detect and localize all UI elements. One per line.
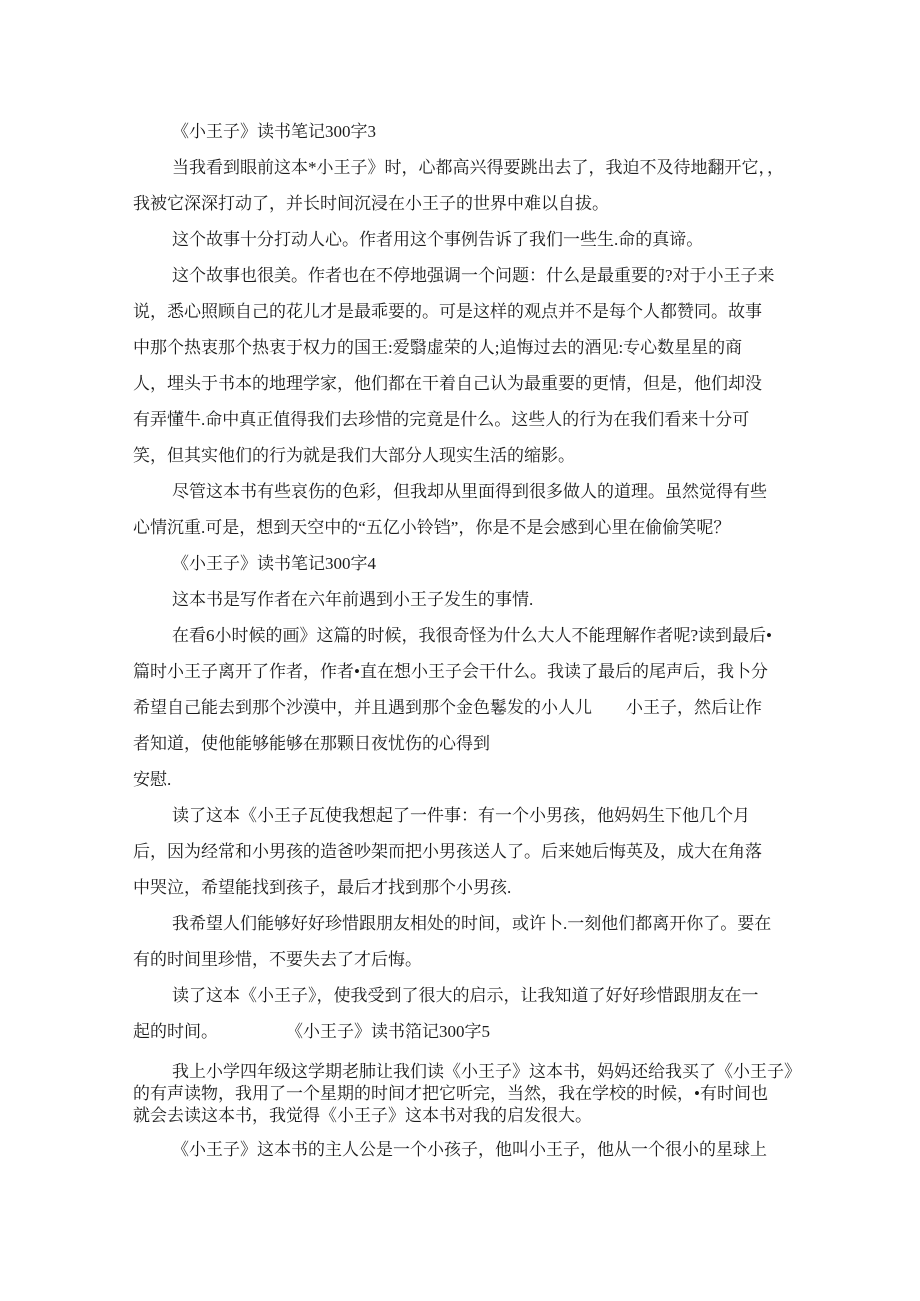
text-line: 者知道，使他能够能够在那颗日夜忧伤的心得到 <box>133 726 795 762</box>
text-line: 在看6小时候的画》这篇的时候，我很奇怪为什么大人不能理解作者呢?读到最后• <box>133 618 795 654</box>
text-line: 这个故事也很美。作者也在不停地强调一个问题：什么是最重要的?对于小王子来 <box>133 258 795 294</box>
paragraph: 当我看到眼前这本*小王子》时，心都高兴得要跳出去了，我迫不及待地翻开它，，我被它… <box>133 150 795 222</box>
text-line: 希望自己能去到那个沙漠中，并且遇到那个金色鬈发的小人儿 小王子，然后让作 <box>133 690 795 726</box>
document-page: 《小王子》读书笔记300字3当我看到眼前这本*小王子》时，心都高兴得要跳出去了，… <box>0 0 920 1301</box>
text-line: 安慰. <box>133 762 795 798</box>
text-line: 读了这本《小王子》，使我受到了很大的启示，让我知道了好好珍惜跟朋友在一 <box>133 978 795 1014</box>
section-title: 《小王子》读书笔记300字3 <box>133 114 795 150</box>
paragraph: 这个故事也很美。作者也在不停地强调一个问题：什么是最重要的?对于小王子来说，悉心… <box>133 258 795 474</box>
text-line: 读了这本《小王子瓦使我想起了一件事：有一个小男孩，他妈妈生下他几个月 <box>133 798 795 834</box>
text-line: 后，因为经常和小男孩的造爸吵架而把小男孩送人了。后来她后悔英及，成大在角落 <box>133 834 795 870</box>
text-line: 我希望人们能够好好珍惜跟朋友相处的时间，或许卜.一刻他们都离开你了。要在 <box>133 906 795 942</box>
text-line: 的有声读物，我用了一个星期的时间才把它听完，当然，我在学校的时候，•有时间也 <box>133 1083 795 1105</box>
paragraph: 读了这本《小王子瓦使我想起了一件事：有一个小男孩，他妈妈生下他几个月后，因为经常… <box>133 798 795 906</box>
text-line: 我上小学四年级这学期老肺让我们读《小王子》这本书，妈妈还给我买了《小王子》 <box>133 1061 795 1083</box>
text-line: 篇时小王子离开了作者，作者•直在想小王子会干什么。我读了最后的尾声后，我卜分 <box>133 654 795 690</box>
text-line: 当我看到眼前这本*小王子》时，心都高兴得要跳出去了，我迫不及待地翻开它，， <box>133 150 795 186</box>
section-title: 《小王子》读书笔记300字4 <box>133 546 795 582</box>
text-line: 中哭泣，希望能找到孩子，最后才找到那个小男孩. <box>133 870 795 906</box>
text-line: 有的时间里珍惜，不要失去了才后悔。 <box>133 942 795 978</box>
text-line: 尽管这本书有些哀伤的色彩，但我却从里面得到很多做人的道理。虽然觉得有些 <box>133 474 795 510</box>
text-line: 人，埋头于书本的地理学家，他们都在干着自己认为最重要的更情，但是，他们却没 <box>133 366 795 402</box>
text-line: 心情沉重.可是，想到天空中的“五亿小铃铛”，你是不是会感到心里在偷偷笑呢？ <box>133 510 795 546</box>
text-line: 中那个热衷那个热衷于权力的国王:爱翳虚荣的人;追悔过去的酒见:专心数星星的商 <box>133 330 795 366</box>
paragraph: 我希望人们能够好好珍惜跟朋友相处的时间，或许卜.一刻他们都离开你了。要在有的时间… <box>133 906 795 978</box>
text-line: 有弄懂牛.命中真正值得我们去珍惜的完竟是什么。这些人的行为在我们看来十分可 <box>133 402 795 438</box>
paragraph: 这本书是写作者在六年前遇到小王子发生的事情. <box>133 582 795 618</box>
paragraph: 读了这本《小王子》，使我受到了很大的启示，让我知道了好好珍惜跟朋友在一起的时间。… <box>133 978 795 1050</box>
paragraph: 我上小学四年级这学期老肺让我们读《小王子》这本书，妈妈还给我买了《小王子》的有声… <box>133 1061 795 1127</box>
paragraph: 在看6小时候的画》这篇的时候，我很奇怪为什么大人不能理解作者呢?读到最后•篇时小… <box>133 618 795 798</box>
section-title-line: 《小王子》读书笔记300字3 <box>133 114 795 150</box>
text-line: 起的时间。 《小王子》读书箔记300字5 <box>133 1014 795 1050</box>
document-content: 《小王子》读书笔记300字3当我看到眼前这本*小王子》时，心都高兴得要跳出去了，… <box>133 114 795 1168</box>
text-line: 就会去读这本书，我觉得《小王子》这本书对我的启发很大。 <box>133 1105 795 1127</box>
section-title-line: 《小王子》读书笔记300字4 <box>133 546 795 582</box>
paragraph: 尽管这本书有些哀伤的色彩，但我却从里面得到很多做人的道理。虽然觉得有些心情沉重.… <box>133 474 795 546</box>
paragraph: 《小王子》这本书的主人公是一个小孩子，他叫小王子，他从一个很小的星球上 <box>133 1132 795 1168</box>
text-line: 这个故事十分打动人心。作者用这个事例告诉了我们一些生.命的真谛。 <box>133 222 795 258</box>
paragraph: 这个故事十分打动人心。作者用这个事例告诉了我们一些生.命的真谛。 <box>133 222 795 258</box>
text-line: 我被它深深打动了，并长时间沉浸在小王子的世界中难以自拔。 <box>133 186 795 222</box>
text-line: 笑，但其实他们的行为就是我们大部分人现实生活的缩影。 <box>133 438 795 474</box>
text-line: 说，悉心照顾自己的花儿才是最乖要的。可是这样的观点并不是每个人都赞同。故事 <box>133 294 795 330</box>
text-line: 这本书是写作者在六年前遇到小王子发生的事情. <box>133 582 795 618</box>
text-line: 《小王子》这本书的主人公是一个小孩子，他叫小王子，他从一个很小的星球上 <box>133 1132 795 1168</box>
